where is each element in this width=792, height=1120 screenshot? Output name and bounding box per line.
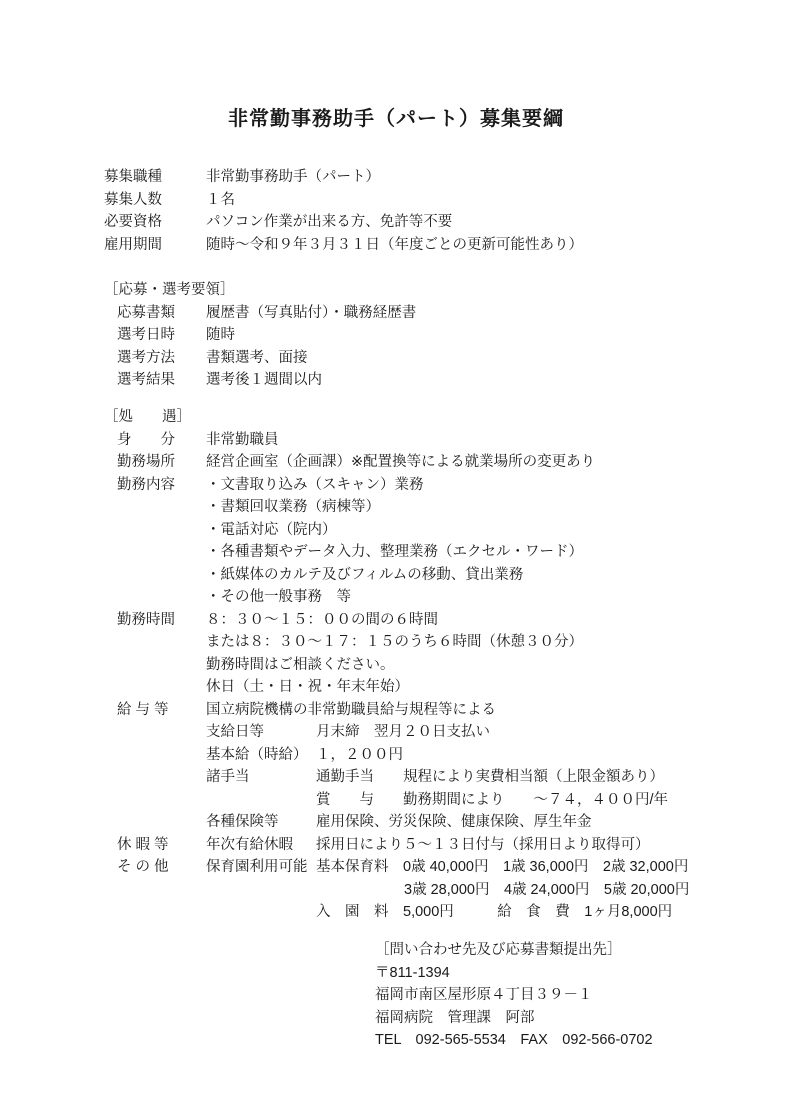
field-row: 基本給（時給） １，２００円 <box>0 745 792 768</box>
address: 福岡市南区屋形原４丁目３９－１ <box>375 985 593 1008</box>
field-label: 応募書類 <box>104 303 206 326</box>
field-value: ８：３０～１５：００の間の６時間 <box>206 610 438 633</box>
field-label: 身 分 <box>104 430 206 453</box>
sub-value: 入 園 料 5,000円 給 食 費 1ヶ月8,000円 <box>316 902 672 925</box>
sub-value: 3歳 28,000円 4歳 24,000円 5歳 20,000円 <box>404 880 689 903</box>
field-value: 選考後１週間以内 <box>206 370 322 393</box>
contact-section: ［問い合わせ先及び応募書類提出先］ 〒811-1394 福岡市南区屋形原４丁目３… <box>0 940 792 1053</box>
field-row: 選考日時 随時 <box>0 325 792 348</box>
document-page: 非常勤事務助手（パート）募集要綱 募集職種 非常勤事務助手（パート） 募集人数 … <box>0 0 792 1120</box>
field-label: 選考結果 <box>104 370 206 393</box>
field-row: 選考方法 書類選考、面接 <box>0 348 792 371</box>
field-value: 随時～令和９年３月３１日（年度ごとの更新可能性あり） <box>206 235 583 258</box>
duty-item: ・書類回収業務（病棟等） <box>206 497 380 520</box>
field-value: 休日（土・日・祝・年末年始） <box>206 677 409 700</box>
field-row: 給 与 等 国立病院機構の非常勤職員給与規程等による <box>0 700 792 723</box>
field-row: 諸手当 通勤手当 規程により実費相当額（上限金額あり） <box>0 767 792 790</box>
contact-line: TEL 092-565-5534 FAX 092-566-0702 <box>0 1030 792 1053</box>
field-row: 身 分 非常勤職員 <box>0 430 792 453</box>
duty-item: ・電話対応（院内） <box>206 520 337 543</box>
field-value: または８：３０～１７：１５のうち６時間（休憩３０分） <box>206 632 583 655</box>
field-row: または８：３０～１７：１５のうち６時間（休憩３０分） <box>0 632 792 655</box>
field-row: 雇用期間 随時～令和９年３月３１日（年度ごとの更新可能性あり） <box>0 235 792 258</box>
field-label: 募集職種 <box>104 167 206 190</box>
sub-value: 雇用保険、労災保険、健康保険、厚生年金 <box>316 812 592 835</box>
sub-label: 支給日等 <box>206 722 316 745</box>
sub-label: 年次有給休暇 <box>206 835 316 858</box>
field-row: 必要資格 パソコン作業が出来る方、免許等不要 <box>0 212 792 235</box>
field-label: 募集人数 <box>104 190 206 213</box>
field-label: 勤務時間 <box>104 610 206 633</box>
duty-item: ・その他一般事務 等 <box>206 587 351 610</box>
field-value: 経営企画室（企画課）※配置換等による就業場所の変更あり <box>206 452 595 475</box>
sub-value: 賞 与 勤務期間により ～７４，４００円/年 <box>316 790 668 813</box>
field-row: 各種保険等 雇用保険、労災保険、健康保険、厚生年金 <box>0 812 792 835</box>
field-value: １名 <box>206 190 235 213</box>
page-title: 非常勤事務助手（パート）募集要綱 <box>0 0 792 133</box>
duty-item: ・紙媒体のカルテ及びフィルムの移動、貸出業務 <box>206 565 523 588</box>
field-label: 選考日時 <box>104 325 206 348</box>
contact-line: 〒811-1394 <box>0 963 792 986</box>
field-row: 入 園 料 5,000円 給 食 費 1ヶ月8,000円 <box>0 902 792 925</box>
field-value: 非常勤事務助手（パート） <box>206 167 380 190</box>
field-row: そ の 他 保育園利用可能 基本保育料 0歳 40,000円 1歳 36,000… <box>0 857 792 880</box>
field-row: 勤務時間 ８：３０～１５：００の間の６時間 <box>0 610 792 633</box>
field-row: 休日（土・日・祝・年末年始） <box>0 677 792 700</box>
sub-value: 通勤手当 規程により実費相当額（上限金額あり） <box>316 767 664 790</box>
field-label: 勤務内容 <box>104 475 206 498</box>
field-value: 国立病院機構の非常勤職員給与規程等による <box>206 700 496 723</box>
sub-label: 保育園利用可能 <box>206 857 316 880</box>
field-label: 必要資格 <box>104 212 206 235</box>
sub-value: 基本保育料 0歳 40,000円 1歳 36,000円 2歳 32,000円 <box>316 857 688 880</box>
field-row: 賞 与 勤務期間により ～７４，４００円/年 <box>0 790 792 813</box>
section-heading: ［処 遇］ <box>0 407 792 430</box>
field-row: 休 暇 等 年次有給休暇 採用日により５～１３日付与（採用日より取得可） <box>0 835 792 858</box>
field-row: ・電話対応（院内） <box>0 520 792 543</box>
duty-item: ・文書取り込み（スキャン）業務 <box>206 475 424 498</box>
sub-value: 採用日により５～１３日付与（採用日より取得可） <box>316 835 650 858</box>
duty-item: ・各種書類やデータ入力、整理業務（エクセル・ワード） <box>206 542 583 565</box>
field-value: 書類選考、面接 <box>206 348 308 371</box>
field-row: 支給日等 月末締 翌月２０日支払い <box>0 722 792 745</box>
field-row: 応募書類 履歴書（写真貼付）・職務経歴書 <box>0 303 792 326</box>
postal-code: 〒811-1394 <box>375 963 450 986</box>
field-value: 随時 <box>206 325 235 348</box>
field-row: 3歳 28,000円 4歳 24,000円 5歳 20,000円 <box>0 880 792 903</box>
office-name: 福岡病院 管理課 阿部 <box>375 1008 535 1031</box>
section-heading: ［応募・選考要領］ <box>0 280 792 303</box>
field-label: 雇用期間 <box>104 235 206 258</box>
sub-label: 基本給（時給） <box>206 745 316 768</box>
overview-section: 募集職種 非常勤事務助手（パート） 募集人数 １名 必要資格 パソコン作業が出来… <box>0 167 792 257</box>
field-row: ・書類回収業務（病棟等） <box>0 497 792 520</box>
field-row: 勤務内容 ・文書取り込み（スキャン）業務 <box>0 475 792 498</box>
field-label: 給 与 等 <box>104 700 206 723</box>
application-section: ［応募・選考要領］ 応募書類 履歴書（写真貼付）・職務経歴書 選考日時 随時 選… <box>0 280 792 393</box>
field-row: ・紙媒体のカルテ及びフィルムの移動、貸出業務 <box>0 565 792 588</box>
contact-heading: ［問い合わせ先及び応募書類提出先］ <box>0 940 792 963</box>
contact-line: 福岡市南区屋形原４丁目３９－１ <box>0 985 792 1008</box>
tel-fax: TEL 092-565-5534 FAX 092-566-0702 <box>375 1030 653 1053</box>
field-label: 勤務場所 <box>104 452 206 475</box>
field-row: ・各種書類やデータ入力、整理業務（エクセル・ワード） <box>0 542 792 565</box>
field-label: 選考方法 <box>104 348 206 371</box>
sub-label: 各種保険等 <box>206 812 316 835</box>
field-row: 募集人数 １名 <box>0 190 792 213</box>
field-row: 選考結果 選考後１週間以内 <box>0 370 792 393</box>
field-label: そ の 他 <box>104 857 206 880</box>
treatment-section: ［処 遇］ 身 分 非常勤職員 勤務場所 経営企画室（企画課）※配置換等による就… <box>0 407 792 925</box>
field-value: 非常勤職員 <box>206 430 279 453</box>
field-label: 休 暇 等 <box>104 835 206 858</box>
contact-line: 福岡病院 管理課 阿部 <box>0 1008 792 1031</box>
field-value: パソコン作業が出来る方、免許等不要 <box>206 212 452 235</box>
sub-label: 諸手当 <box>206 767 316 790</box>
field-row: 勤務場所 経営企画室（企画課）※配置換等による就業場所の変更あり <box>0 452 792 475</box>
sub-value: １，２００円 <box>316 745 403 768</box>
field-value: 勤務時間はご相談ください。 <box>206 655 395 678</box>
field-row: 勤務時間はご相談ください。 <box>0 655 792 678</box>
field-value: 履歴書（写真貼付）・職務経歴書 <box>206 303 416 326</box>
field-row: 募集職種 非常勤事務助手（パート） <box>0 167 792 190</box>
field-row: ・その他一般事務 等 <box>0 587 792 610</box>
sub-value: 月末締 翌月２０日支払い <box>316 722 490 745</box>
